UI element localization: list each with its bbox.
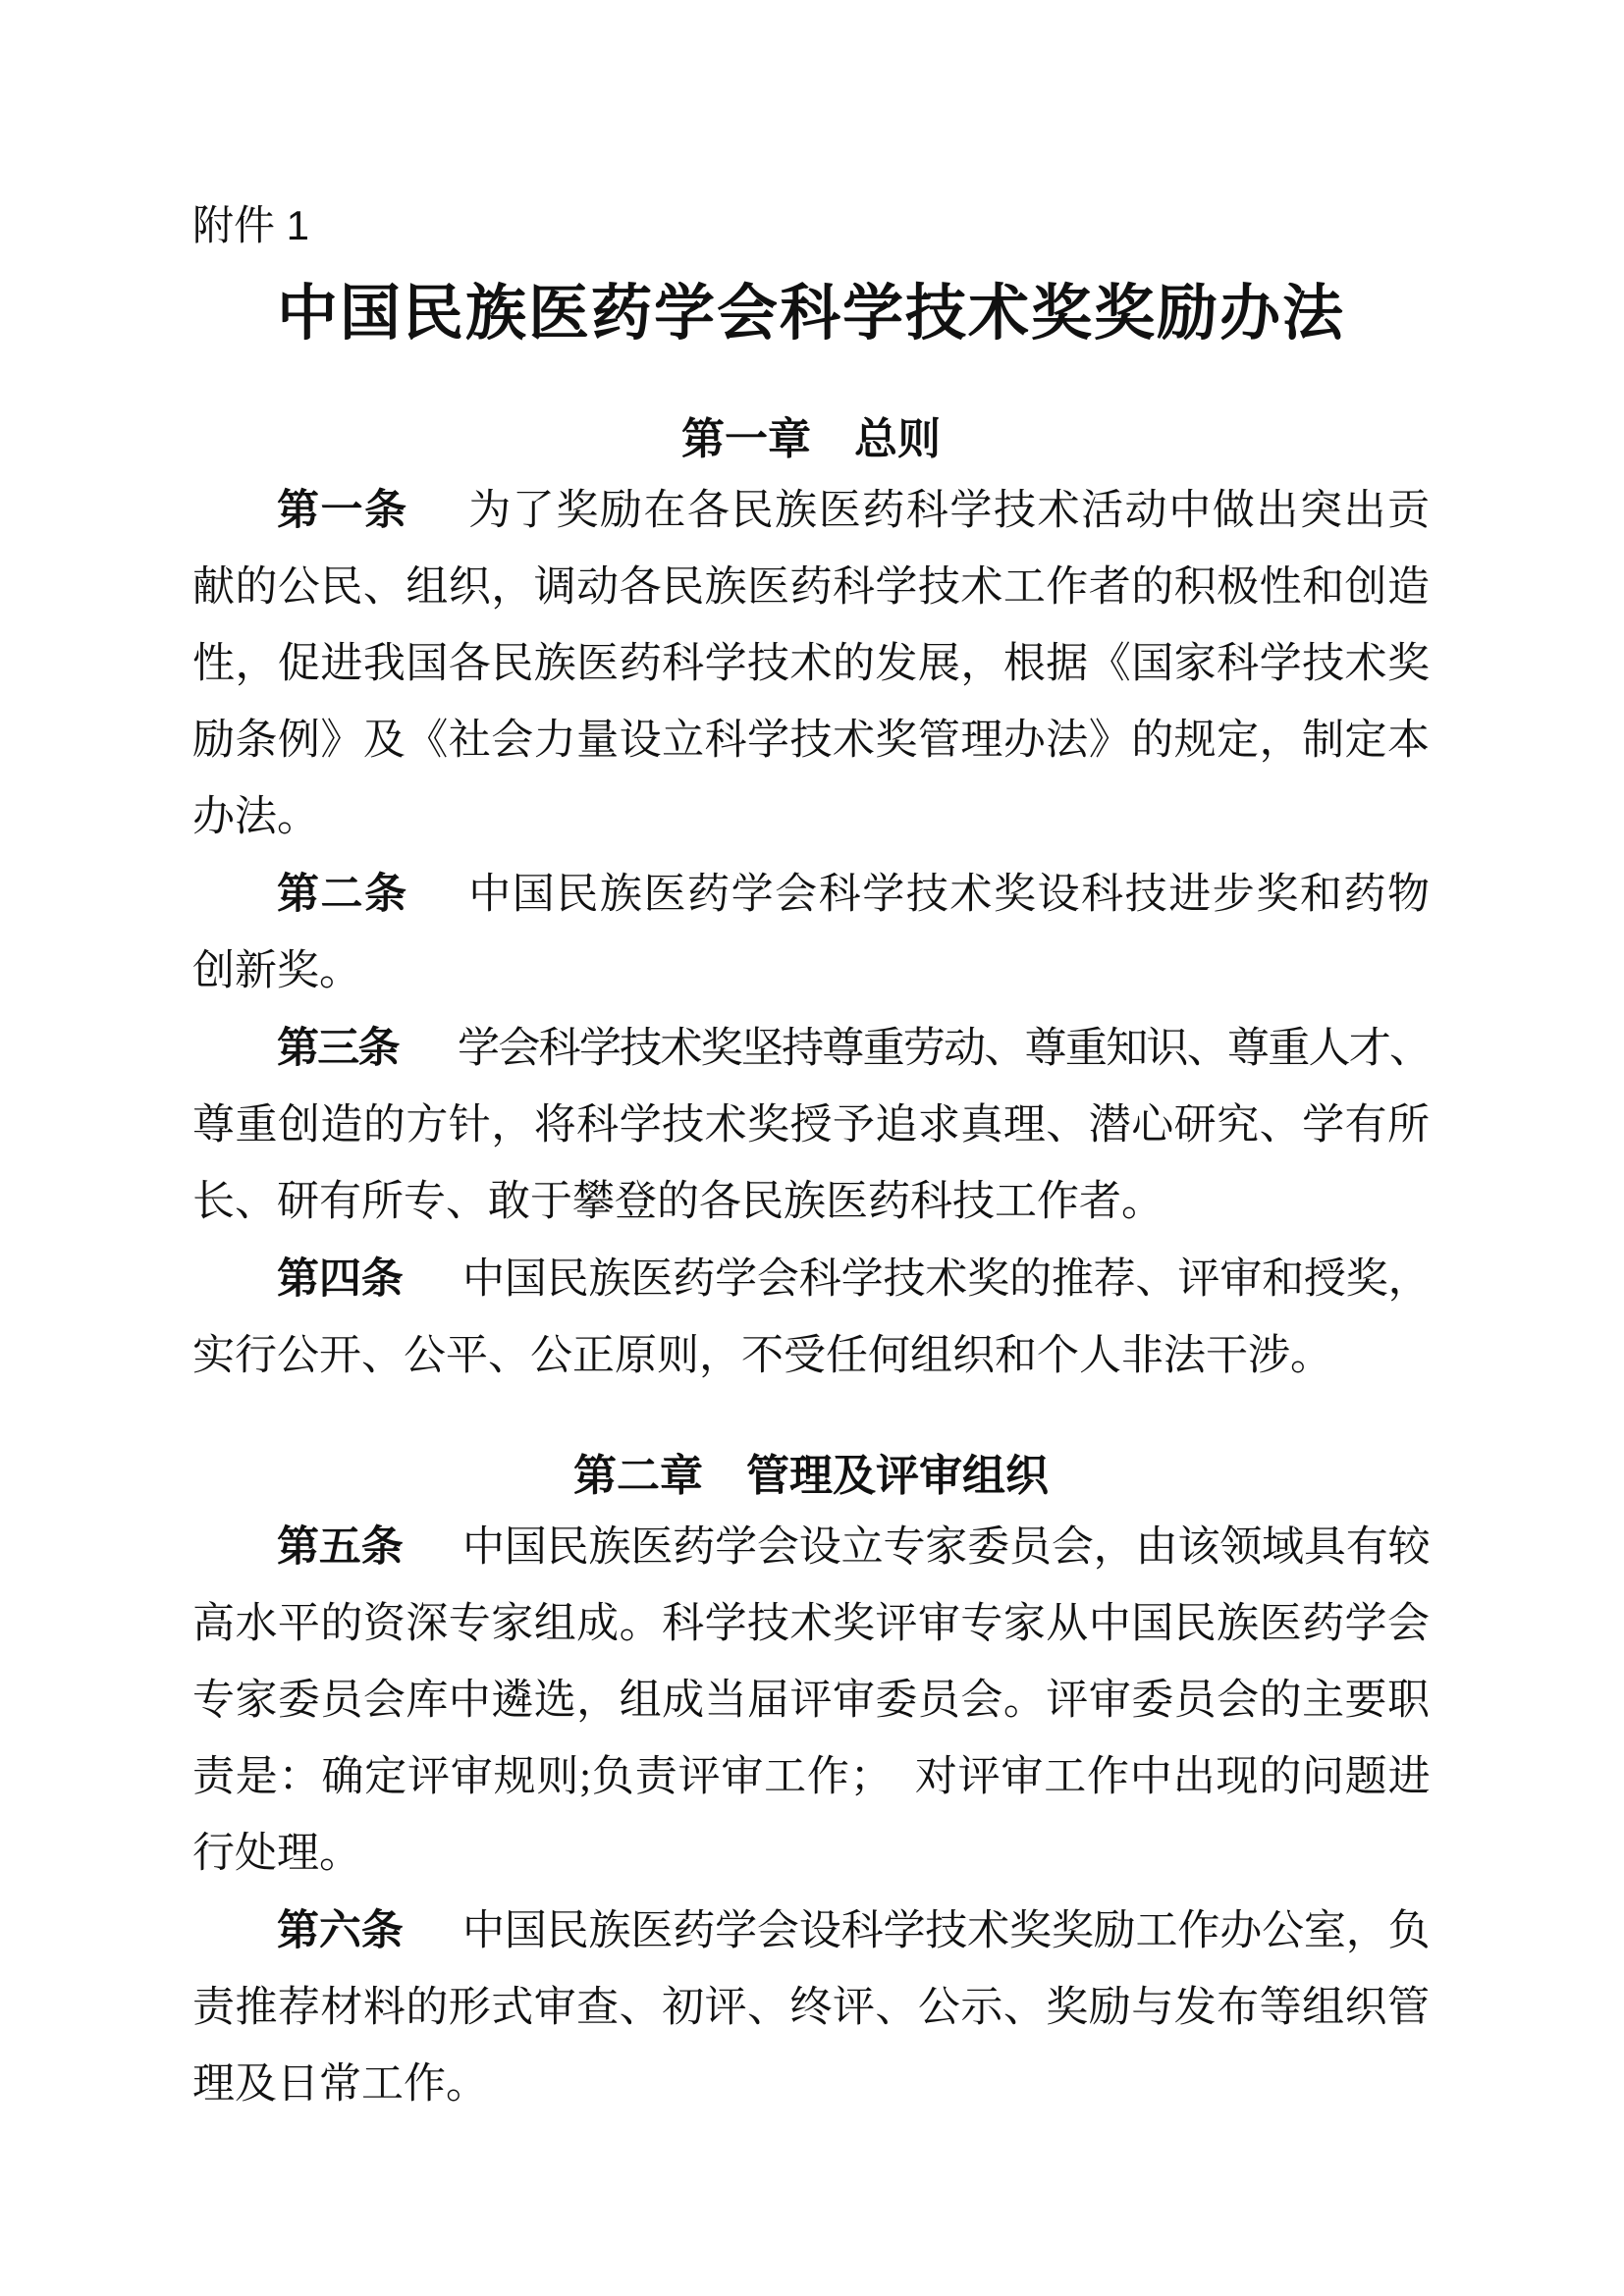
article-3-line-3: 长、研有所专、敢于攀登的各民族医药科技工作者。 [192,1164,1430,1241]
article-5-line-1: 第五条中国民族医药学会设立专家委员会，由该领域具有较 [192,1509,1430,1586]
article-5-line-4: 责是：确定评审规则;负责评审工作； 对评审工作中出现的问题进 [192,1739,1430,1816]
article-1-text-1: 为了奖励在各民族医药科学技术活动中做出突出贡 [467,488,1430,534]
article-1-line-4: 励条例》及《社会力量设立科学技术奖管理办法》的规定，制定本 [192,703,1430,779]
article-6-number: 第六条 [277,1907,404,1954]
article-4-line-1: 第四条中国民族医药学会科学技术奖的推荐、评审和授奖， [192,1241,1430,1318]
article-1: 第一条为了奖励在各民族医药科学技术活动中做出突出贡 献的公民、组织，调动各民族医… [192,472,1430,856]
article-2-text-1: 中国民族医药学会科学技术奖设科技进步奖和药物 [467,872,1430,918]
article-1-line-2: 献的公民、组织，调动各民族医药科学技术工作者的积极性和创造 [192,550,1430,626]
article-6-text-1: 中国民族医药学会设科学技术奖奖励工作办公室，负 [462,1908,1430,1954]
article-6-line-2: 责推荐材料的形式审查、初评、终评、公示、奖励与发布等组织管 [192,1970,1430,2047]
article-2: 第二条中国民族医药学会科学技术奖设科技进步奖和药物 创新奖。 [192,856,1430,1010]
article-5-number: 第五条 [277,1523,404,1571]
article-1-number: 第一条 [277,487,408,534]
document-page: 附件 1 中国民族医药学会科学技术奖奖励办法 第一章总则 第一条为了奖励在各民族… [0,0,1624,2296]
document-title: 中国民族医药学会科学技术奖奖励办法 [192,276,1430,352]
chapter-1-number: 第一章 [681,415,811,463]
article-2-line-1: 第二条中国民族医药学会科学技术奖设科技进步奖和药物 [192,856,1430,934]
chapter-2-number: 第二章 [573,1452,703,1500]
article-5-line-5: 行处理。 [192,1816,1430,1893]
chapter-2-title: 管理及评审组织 [746,1452,1049,1500]
article-6: 第六条中国民族医药学会设科学技术奖奖励工作办公室，负 责推荐材料的形式审查、初评… [192,1893,1430,2123]
article-5: 第五条中国民族医药学会设立专家委员会，由该领域具有较 高水平的资深专家组成。科学… [192,1509,1430,1893]
chapter-1-title: 总则 [854,415,941,463]
article-4-text-1: 中国民族医药学会科学技术奖的推荐、评审和授奖， [462,1256,1430,1303]
article-3-line-1: 第三条学会科学技术奖坚持尊重劳动、尊重知识、尊重人才、 [192,1010,1430,1088]
article-4: 第四条中国民族医药学会科学技术奖的推荐、评审和授奖， 实行公开、公平、公正原则，… [192,1241,1430,1395]
article-5-text-1: 中国民族医药学会设立专家委员会，由该领域具有较 [462,1524,1430,1571]
article-3-text-1: 学会科学技术奖坚持尊重劳动、尊重知识、尊重人才、 [458,1026,1430,1072]
article-3-line-2: 尊重创造的方针，将科学技术奖授予追求真理、潜心研究、学有所 [192,1088,1430,1164]
article-5-line-3: 专家委员会库中遴选，组成当届评审委员会。评审委员会的主要职 [192,1663,1430,1739]
article-5-line-2: 高水平的资深专家组成。科学技术奖评审专家从中国民族医药学会 [192,1586,1430,1663]
article-4-number: 第四条 [277,1255,404,1303]
chapter-1-heading: 第一章总则 [192,413,1430,466]
article-6-line-3: 理及日常工作。 [192,2047,1430,2123]
article-4-line-2: 实行公开、公平、公正原则，不受任何组织和个人非法干涉。 [192,1318,1430,1395]
article-1-line-1: 第一条为了奖励在各民族医药科学技术活动中做出突出贡 [192,472,1430,550]
article-1-line-5: 办法。 [192,779,1430,856]
article-2-line-2: 创新奖。 [192,934,1430,1010]
article-2-number: 第二条 [277,871,408,918]
article-6-line-1: 第六条中国民族医药学会设科学技术奖奖励工作办公室，负 [192,1893,1430,1970]
article-3: 第三条学会科学技术奖坚持尊重劳动、尊重知识、尊重人才、 尊重创造的方针，将科学技… [192,1010,1430,1241]
attachment-label: 附件 1 [192,201,1430,250]
article-3-number: 第三条 [277,1025,399,1072]
article-1-line-3: 性，促进我国各民族医药科学技术的发展，根据《国家科学技术奖 [192,626,1430,703]
chapter-2-heading: 第二章管理及评审组织 [192,1450,1430,1503]
